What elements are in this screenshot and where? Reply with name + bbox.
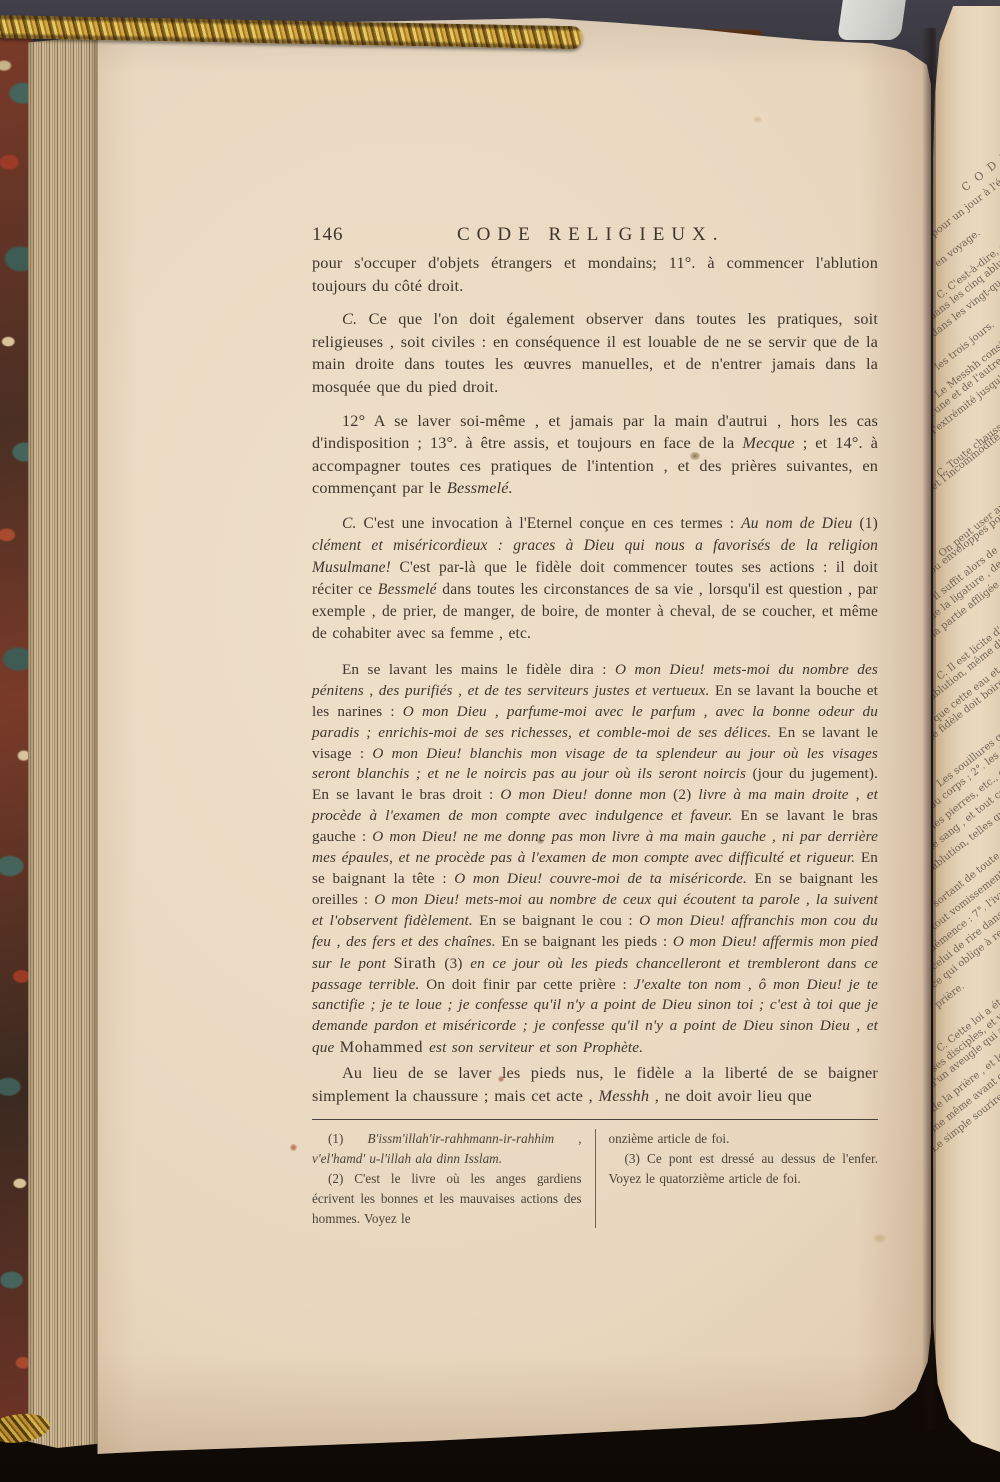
text-run: onzième article de foi.	[609, 1131, 730, 1146]
text-run: Bessmelé.	[447, 478, 513, 497]
footnotes: (1) B'issm'illah'ir-rahhmann-ir-rahhim ,…	[312, 1129, 878, 1228]
text-run: Bessmelé	[378, 581, 437, 598]
footnote: onzième article de foi.	[609, 1129, 879, 1149]
page-header: 146 CODE RELIGIEUX.	[312, 224, 878, 246]
footnote: (1) B'issm'illah'ir-rahhmann-ir-rahhim ,…	[312, 1129, 582, 1169]
bookmark-ribbon	[837, 0, 906, 40]
text-run: Au nom de Dieu	[741, 515, 859, 532]
text-run: O mon Dieu! couvre-moi de ta miséricorde…	[454, 870, 754, 887]
text-run: C'est une invocation à l'Eternel conçue …	[364, 515, 742, 532]
paragraphs-container: pour s'occuper d'objets étrangers et mon…	[312, 252, 878, 1107]
text-run: C.	[342, 309, 369, 328]
text-run: (1)	[859, 515, 878, 532]
text-column: pour s'occuper d'objets étrangers et mon…	[312, 252, 878, 1228]
footnote: (2) C'est le livre où les anges gardiens…	[312, 1169, 582, 1228]
body-paragraph: Au lieu de se laver les pieds nus, le fi…	[312, 1062, 878, 1107]
text-run: (3)	[444, 955, 470, 972]
text-run: En se lavant les mains le fidèle dira :	[342, 661, 615, 678]
text-run: Mohammed	[340, 1038, 429, 1056]
body-paragraph: En se lavant les mains le fidèle dira : …	[312, 660, 878, 1059]
text-run: Messhh	[599, 1086, 650, 1105]
text-run: Mecque	[742, 433, 794, 452]
book-photograph: C O D Epour un jour à l'égard de l'hoen …	[0, 0, 1000, 1482]
page-fore-edge	[28, 36, 98, 1448]
text-run: (2)	[673, 786, 698, 803]
page-number: 146	[312, 224, 344, 246]
text-run: O mon Dieu! donne mon	[500, 786, 673, 803]
body-paragraph: C. Ce que l'on doit également observer d…	[312, 308, 878, 398]
text-run: , ne doit avoir lieu que	[649, 1086, 812, 1105]
text-run: (3) Ce pont est dressé au dessus de l'en…	[609, 1151, 879, 1186]
text-run: En se baignant le cou :	[479, 912, 639, 929]
footnote-col-right: onzième article de foi.(3) Ce pont est d…	[596, 1129, 879, 1228]
text-run: (1)	[328, 1131, 367, 1146]
body-paragraph: C. C'est une invocation à l'Eternel conç…	[312, 513, 878, 645]
body-paragraph: pour s'occuper d'objets étrangers et mon…	[312, 252, 878, 297]
text-run: En se baignant les pieds :	[501, 933, 673, 950]
text-run: est son serviteur et son Prophète.	[429, 1039, 643, 1056]
footnote-rule	[312, 1119, 878, 1120]
footnote: (3) Ce pont est dressé au dessus de l'en…	[609, 1149, 879, 1189]
running-header: CODE RELIGIEUX.	[344, 224, 879, 246]
text-run: Ce que l'on doit également observer dans…	[312, 309, 878, 396]
text-run: O mon Dieu! ne me donne pas mon livre à …	[312, 828, 878, 866]
body-paragraph: 12° A se laver soi-même , et jamais par …	[312, 410, 878, 500]
text-run: Sirath	[394, 954, 445, 972]
text-run: pour s'occuper d'objets étrangers et mon…	[312, 253, 878, 295]
facing-page: C O D Epour un jour à l'égard de l'hoen …	[933, 6, 1000, 1452]
text-run: (2) C'est le livre où les anges gardiens…	[312, 1171, 582, 1226]
footnote-col-left: (1) B'issm'illah'ir-rahhmann-ir-rahhim ,…	[312, 1129, 596, 1228]
page-gutter-shadow	[922, 28, 936, 1430]
text-run: On doit finir par cette prière :	[426, 976, 633, 993]
text-run: C.	[342, 515, 364, 532]
